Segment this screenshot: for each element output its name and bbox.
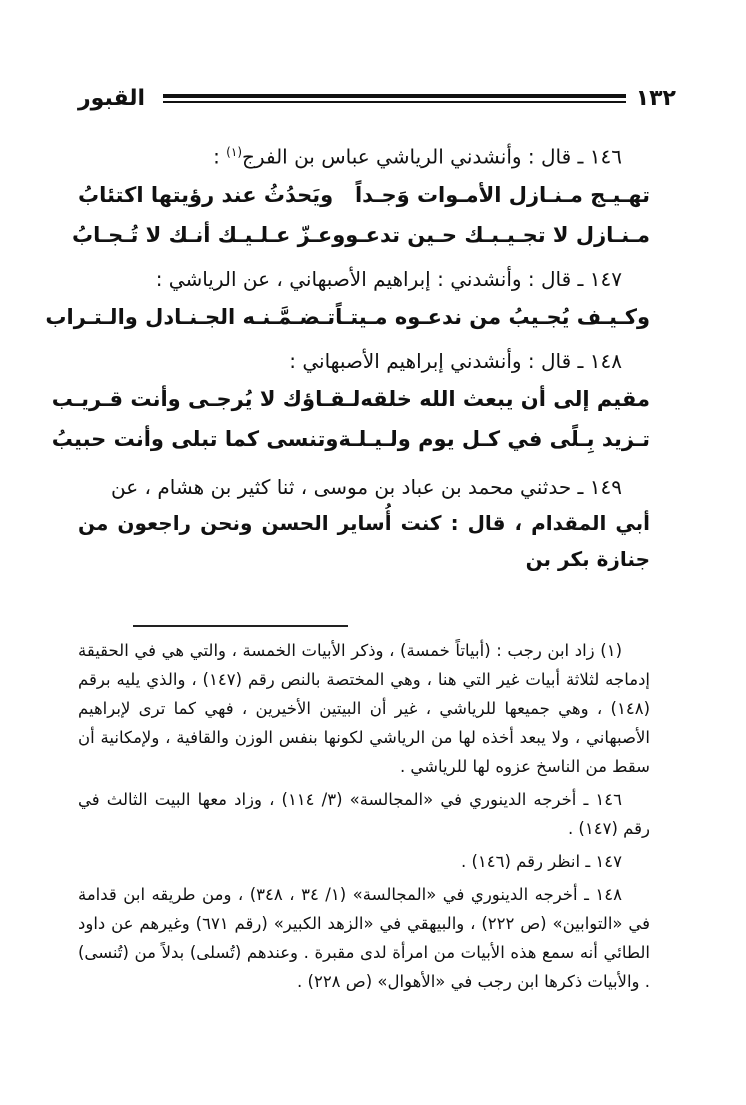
footnote-1: (١) زاد ابن رجب : (أبياتاً خمسة) ، وذكر … — [78, 636, 650, 781]
hemistich-second: تـضـمَّـنـه الجـنـادل والـتـراب — [45, 297, 335, 337]
book-page: ١٣٢ القبور ١٤٦ ـ قال : وأنشدني الرياشي ع… — [0, 0, 746, 1105]
entry-146-intro-end: : — [213, 145, 226, 169]
hemistich-first: تـزيد بِـلًى في كـل يوم ولـيـلـة — [338, 419, 650, 459]
verse-148-2: تـزيد بِـلًى في كـل يوم ولـيـلـة وتنسى ك… — [78, 419, 650, 459]
entry-148-intro: ١٤٨ ـ قال : وأنشدني إبراهيم الأصبهاني : — [78, 343, 650, 379]
footnote-separator — [133, 625, 348, 627]
entry-149-line1: ١٤٩ ـ حدثني محمد بن عباد بن موسى ، ثنا ك… — [78, 469, 650, 505]
hemistich-second: وتنسى كما تبلى وأنت حبيبُ — [52, 419, 339, 459]
verse-148-1: مقيم إلى أن يبعث الله خلقه لـقـاؤك لا يُ… — [78, 379, 650, 419]
footnotes: (١) زاد ابن رجب : (أبياتاً خمسة) ، وذكر … — [78, 636, 650, 996]
entry-147-intro: ١٤٧ ـ قال : وأنشدني : إبراهيم الأصبهاني … — [78, 261, 650, 297]
main-text: ١٤٦ ـ قال : وأنشدني الرياشي عباس بن الفر… — [78, 134, 650, 577]
entry-149-line2: أبي المقدام ، قال : كنت أُساير الحسن ونح… — [78, 505, 650, 577]
hemistich-first: مقيم إلى أن يبعث الله خلقه — [360, 379, 650, 419]
footnote-marker[interactable]: (١) — [226, 145, 242, 159]
verse-146-1: تهـيـج مـنـازل الأمـوات وَجـداً ويَحدُثُ… — [78, 175, 650, 215]
header-double-rule — [163, 94, 626, 104]
entry-146-intro-text: ١٤٦ ـ قال : وأنشدني الرياشي عباس بن الفر… — [242, 145, 622, 169]
hemistich-second: ويَحدُثُ عند رؤيتها اكتئابُ — [78, 175, 333, 215]
verse-147-1: وكـيـف يُجـيبُ من ندعـوه مـيتـاً تـضـمَّ… — [78, 297, 650, 337]
verse-146-2: مـنـازل لا تجـيـبـك حـين تدعـو وعـزّ عـل… — [78, 215, 650, 255]
hemistich-first: مـنـازل لا تجـيـبـك حـين تدعـو — [345, 215, 650, 255]
footnote-146: ١٤٦ ـ أخرجه الدينوري في «المجالسة» (٣/ ١… — [78, 785, 650, 843]
footnote-148: ١٤٨ ـ أخرجه الدينوري في «المجالسة» (١/ ٣… — [78, 880, 650, 996]
running-title: القبور — [78, 88, 145, 110]
page-header: ١٣٢ القبور — [78, 84, 676, 114]
hemistich-second: وعـزّ عـلـيـك أنـك لا تُـجـابُ — [72, 215, 345, 255]
hemistich-second: لـقـاؤك لا يُرجـى وأنت قـريـب — [52, 379, 361, 419]
footnote-147: ١٤٧ ـ انظر رقم (١٤٦) . — [78, 847, 650, 876]
hemistich-first: تهـيـج مـنـازل الأمـوات وَجـداً — [355, 175, 650, 215]
hemistich-first: وكـيـف يُجـيبُ من ندعـوه مـيتـاً — [335, 297, 650, 337]
entry-146-intro: ١٤٦ ـ قال : وأنشدني الرياشي عباس بن الفر… — [78, 134, 650, 175]
page-number: ١٣٢ — [636, 88, 676, 110]
